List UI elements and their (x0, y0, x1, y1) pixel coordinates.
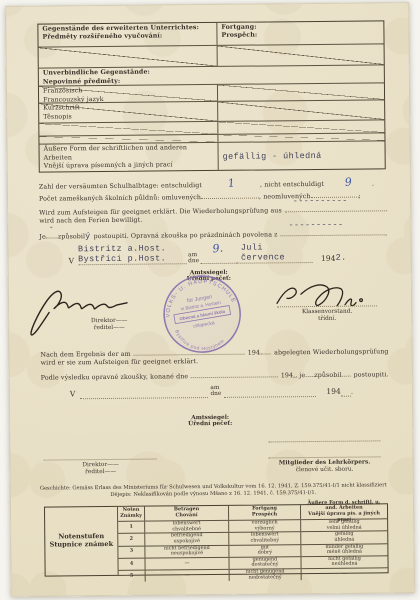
blank-cell-strike (217, 44, 384, 66)
blank-cell-strike (39, 122, 217, 135)
day-handwritten: 9. (212, 242, 224, 256)
promotion-line-cs: Je - způsobilý postoupiti. Opravná zkouš… (39, 227, 387, 243)
retest-date-blank-cs (191, 369, 278, 379)
director-label-1: Direktor—— ředitel—— (69, 318, 149, 333)
member-line-1 (268, 440, 380, 442)
blank-cell-strike (217, 133, 384, 142)
retest-date-blank (134, 346, 245, 356)
header-fortgang: FortgangProspěch (228, 505, 300, 520)
outer-form-value: gefällig - úhledná (218, 142, 385, 170)
city-typed: Bistritz a.Host. Bystřici p.Host. (78, 243, 186, 265)
header-betragen: BetragenChování (144, 506, 228, 521)
member-line-2 (269, 456, 381, 458)
am-dne-label-2: am dne (210, 385, 221, 398)
extended-subjects-table: Gegenstände des erweiterten Unterrichtes… (37, 20, 385, 172)
header-noten: NotenZnámky (118, 507, 144, 521)
excused-blank (201, 190, 259, 200)
year-typed: 2. (336, 253, 347, 263)
blank-cell-strike (217, 121, 384, 134)
typed-dashes: ---------- (293, 196, 348, 207)
header-form: Äußere Form d. schriftl. u. and. Arbeite… (300, 504, 387, 519)
retest-section: Nach dem Ergebnis der am 194 abgelegten … (40, 344, 388, 383)
class-teacher-label: Klassenvorstand. třídní. (287, 308, 367, 323)
blank-cell-strike (39, 46, 217, 68)
day-blank: 9. (201, 255, 237, 264)
month-typed: Juli července (237, 242, 313, 264)
footnote: Geschichte: Gemäss Erlass des Ministeriu… (31, 482, 396, 499)
retest-subject-blank: ---------- (285, 202, 387, 212)
blank-cell-strike (217, 101, 384, 122)
retest-subject-blank-cs: ---------- (280, 227, 385, 237)
date-blank (224, 388, 316, 398)
scale-row-5: 5 — nicht genügendnedostatečný — (119, 568, 388, 582)
grading-scale-table: Notenstufen Stupnice známek NotenZnámky … (44, 503, 389, 576)
optional-subjects-header: Unverbindliche Gegenstände: Nepovinné př… (39, 68, 154, 86)
subjects-column-header: Gegenstände des erweiterten Unterrichtes… (38, 23, 216, 46)
members-label: Mitglieder des Lehrkörpers. členové učit… (264, 459, 386, 475)
director-label-2: Direktor—— ředitel—— (66, 462, 136, 477)
promotion-section: Wird zum Aufsteigen für geeignet erklärt… (39, 202, 387, 242)
table-row-form: Äußere Form der schriftlichen und andere… (40, 142, 385, 172)
year-print: 194 (321, 253, 336, 263)
outer-form-label: Äußere Form der schriftlichen und andere… (40, 143, 218, 171)
place-date-line: V Bistritz a.Host. Bystřici p.Host. am d… (68, 241, 368, 265)
place-blank (79, 389, 207, 399)
director-line-2 (44, 459, 157, 461)
scanned-school-report: Gegenstände des erweiterten Unterrichtes… (0, 0, 420, 600)
report-paper: Gegenstände des erweiterten Unterrichtes… (5, 2, 415, 597)
am-dne-label: am dne (188, 252, 199, 265)
table-row: Gegenstände des erweiterten Unterrichtes… (38, 21, 383, 47)
subject-shorthand: Kurzschrift Těsnopis (39, 102, 217, 123)
grade-column-header: Fortgang: Prospěch: (216, 21, 383, 44)
scale-side-label: Notenstufen Stupnice známek (45, 507, 118, 576)
subject-french: Französisch Francouzský jazyk (39, 85, 217, 103)
seal-label-2: Amtssiegel: Úřední pečeť: (160, 415, 260, 429)
blank-place-date-line: V am dne 194 . (70, 383, 370, 399)
blank-cell-strike (217, 84, 384, 102)
